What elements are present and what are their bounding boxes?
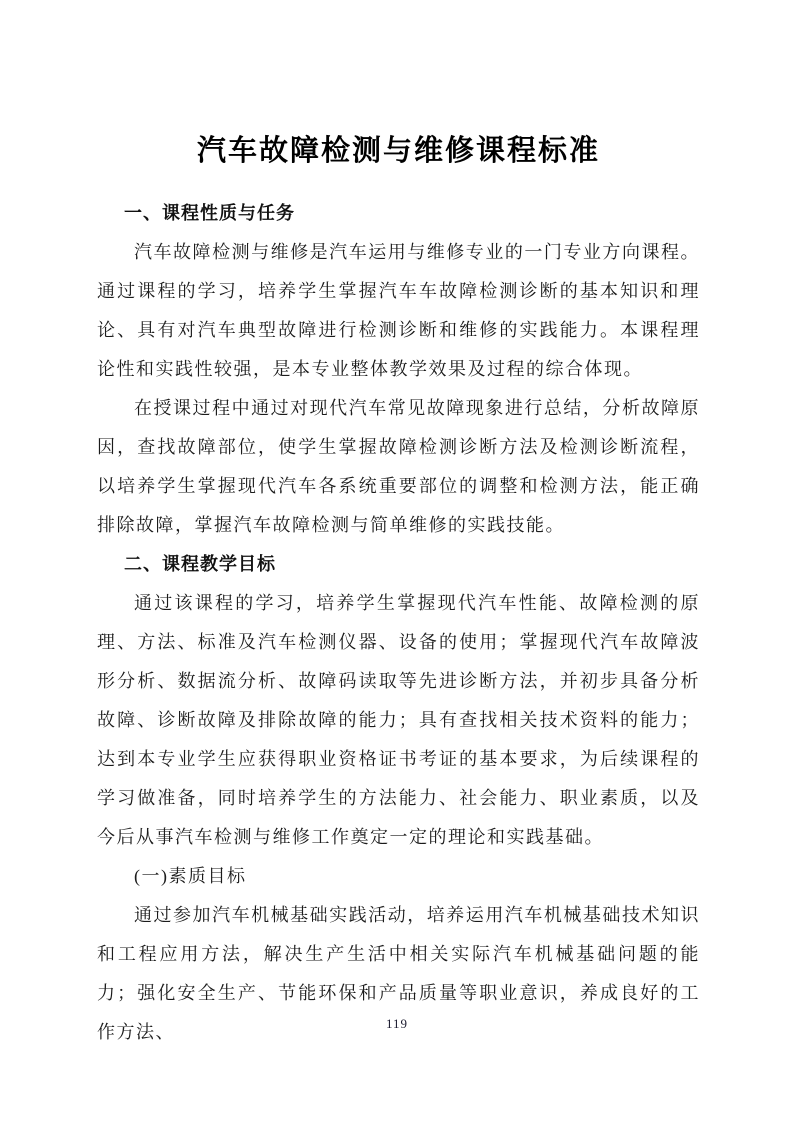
paragraph-teaching-process: 在授课过程中通过对现代汽车常见故障现象进行总结，分析故障原因，查找故障部位，使学… — [97, 389, 700, 545]
paragraph-course-intro: 汽车故障检测与维修是汽车运用与维修专业的一门专业方向课程。通过课程的学习，培养学… — [97, 233, 700, 389]
page-number: 119 — [0, 1016, 794, 1032]
paragraph-teaching-goals: 通过该课程的学习，培养学生掌握现代汽车性能、故障检测的原理、方法、标准及汽车检测… — [97, 584, 700, 857]
section-heading-course-nature: 一、课程性质与任务 — [97, 194, 700, 233]
document-page: 汽车故障检测与维修课程标准 一、课程性质与任务 汽车故障检测与维修是汽车运用与维… — [0, 0, 794, 1122]
section-heading-teaching-goals: 二、课程教学目标 — [97, 545, 700, 584]
page-title: 汽车故障检测与维修课程标准 — [97, 130, 700, 172]
subheading-quality-goals: (一)素质目标 — [97, 857, 700, 896]
